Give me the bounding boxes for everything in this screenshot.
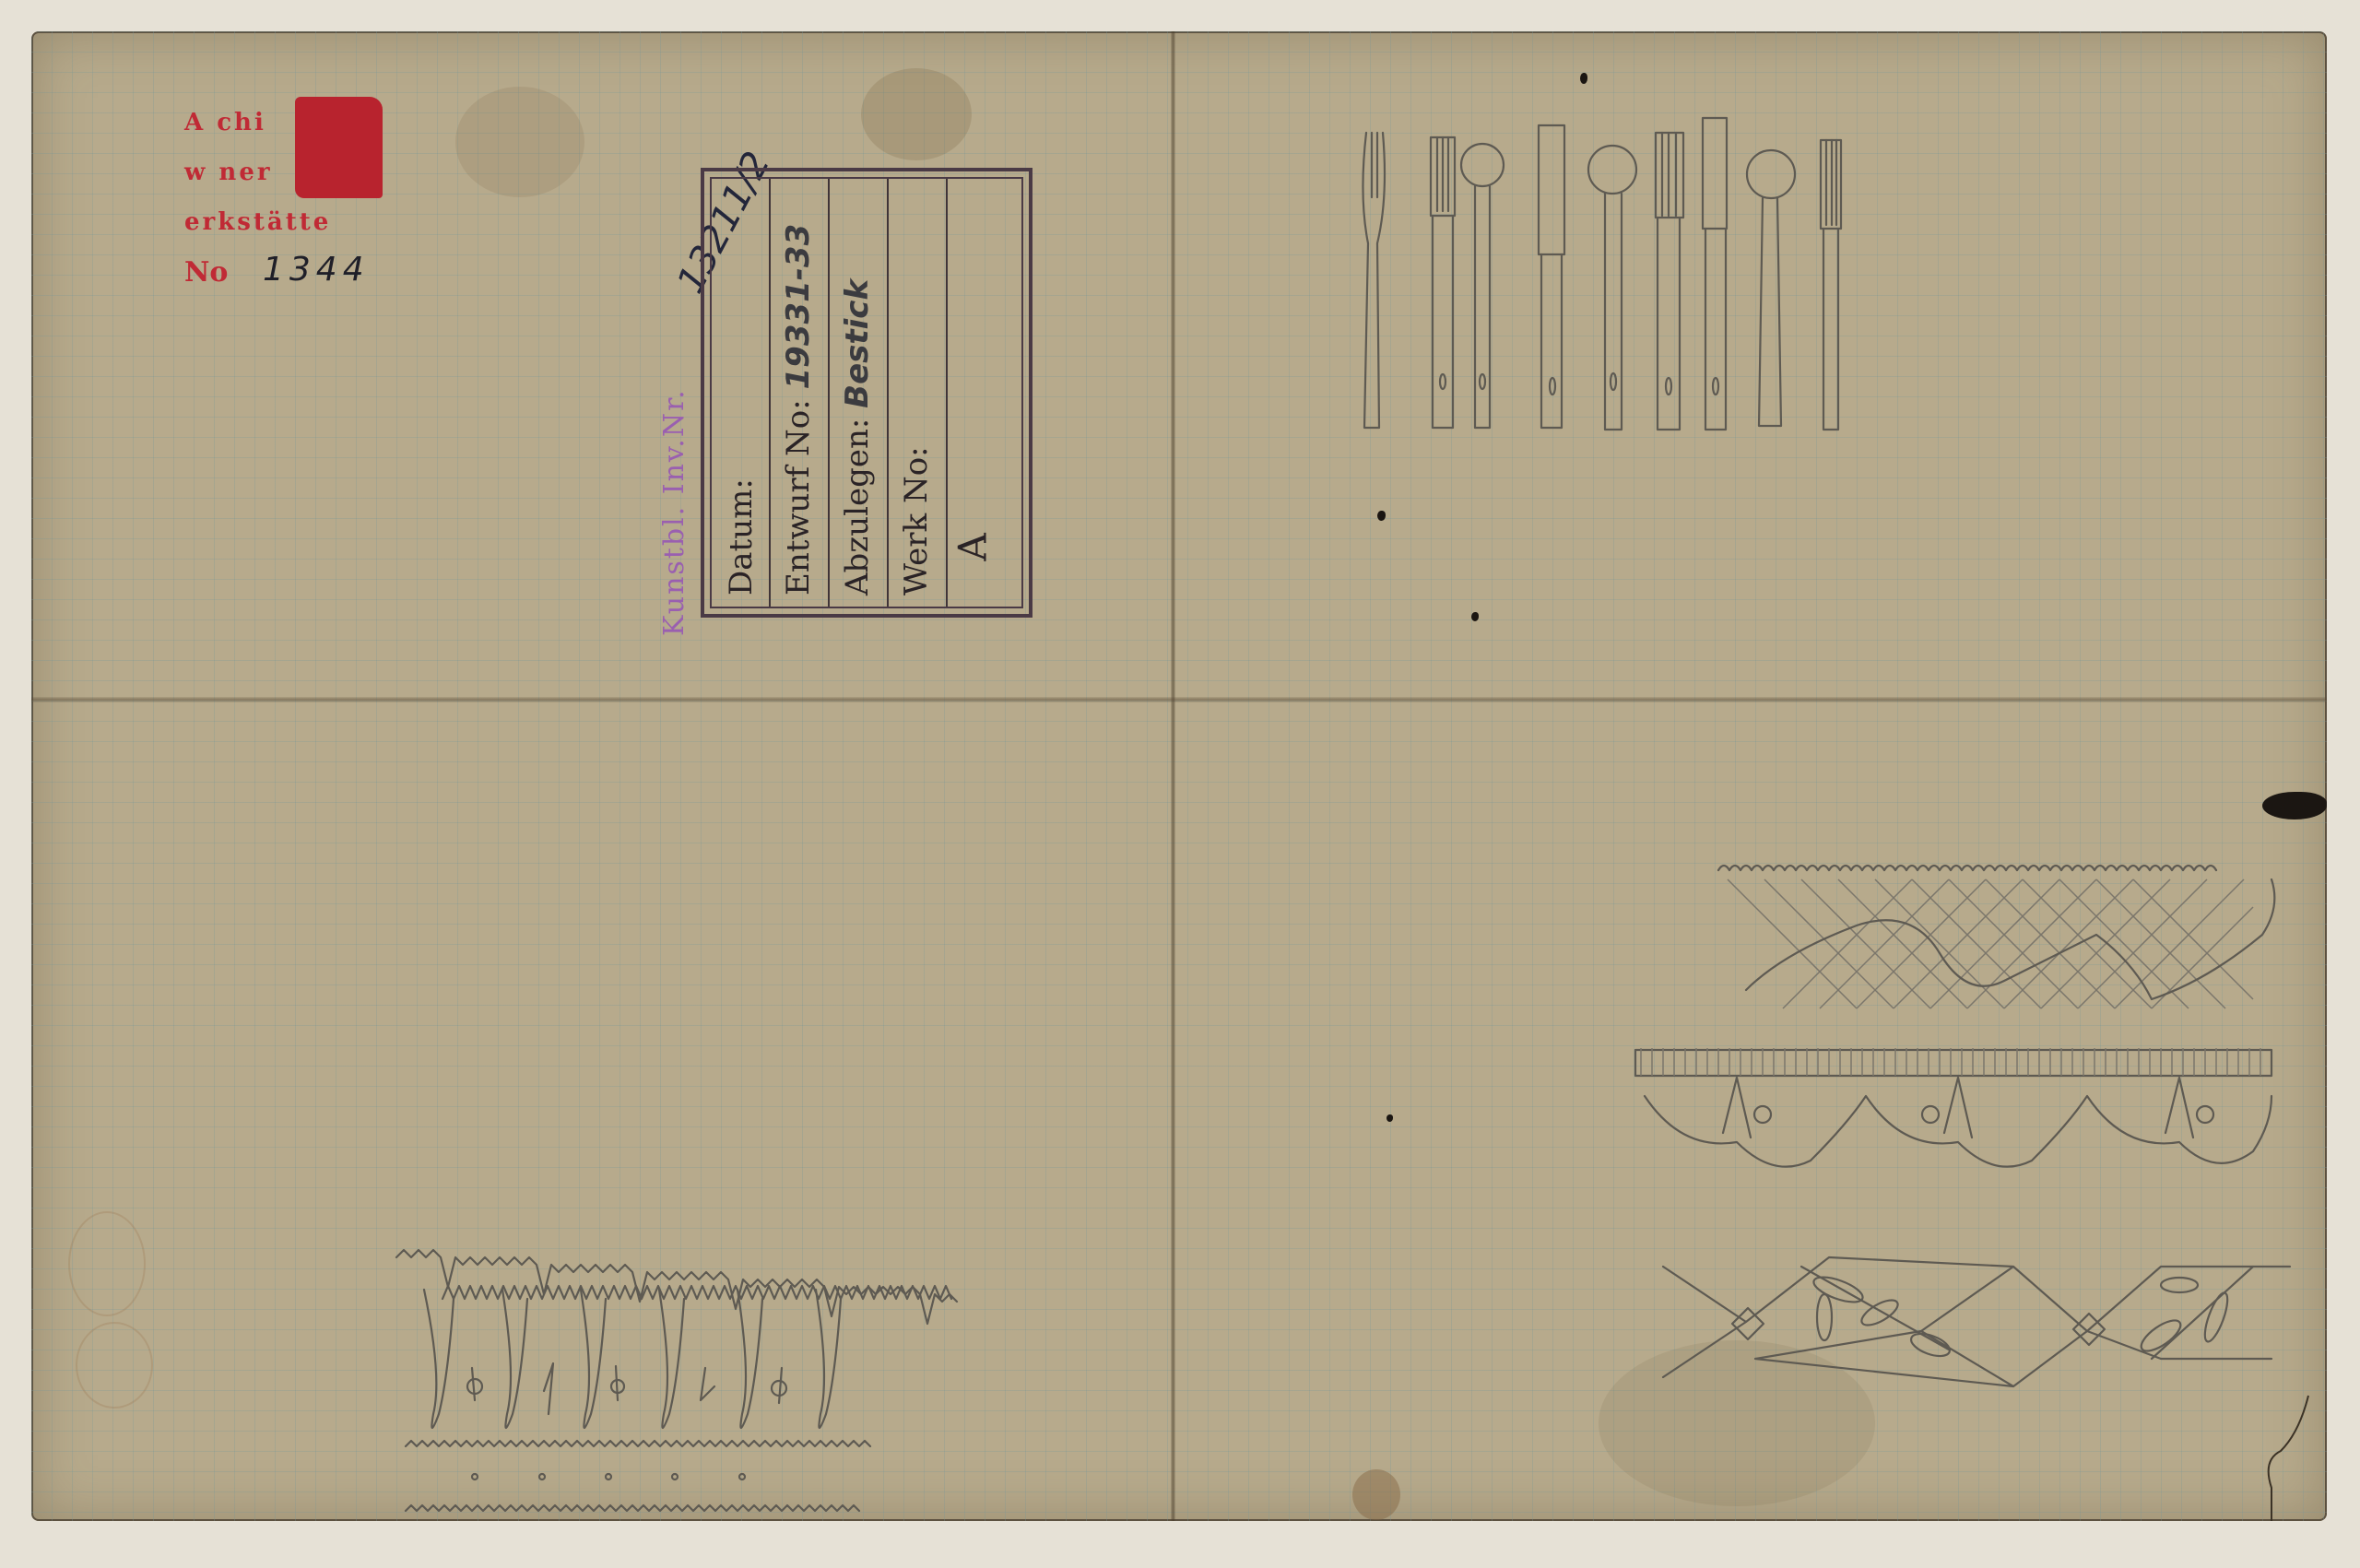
diamond-leaf-border-sketch: [1645, 1230, 2271, 1368]
ink-blot: [1386, 1114, 1393, 1122]
ink-blot: [2262, 792, 2327, 819]
entwurf-label: Entwurf No:: [780, 399, 817, 595]
archive-number: 1344: [263, 251, 370, 289]
spoon-icon: [1588, 146, 1636, 430]
vertical-fold: [1171, 31, 1175, 1521]
horizontal-fold: [31, 697, 2327, 702]
fork-icon: [1656, 133, 1683, 430]
fork-icon: [1363, 133, 1385, 428]
red-ink-block: [295, 97, 383, 198]
zigzag-pendant-border-sketch: [387, 1230, 1051, 1521]
knife-icon: [1539, 125, 1564, 428]
inventory-label: Kunstbl. Inv.Nr.: [658, 388, 690, 636]
stain: [76, 1322, 153, 1409]
paper-crack: [2225, 1396, 2327, 1521]
ink-blot: [1471, 612, 1479, 621]
archive-stamp: A chi w ner erkstätte No 1344: [166, 92, 406, 295]
design-stamp: Datum: Entwurf No: 19331-33 Abzulegen: B…: [701, 168, 1032, 618]
stain: [861, 68, 972, 160]
lace-border-sketch: [1691, 843, 2299, 1027]
stamp-row-datum: Datum:: [712, 179, 771, 607]
stamp-footer: A: [950, 533, 996, 560]
werk-label: Werk No:: [898, 446, 935, 595]
stain: [1352, 1469, 1400, 1520]
entwurf-value: 19331-33: [780, 224, 817, 390]
leaf-icon: [2137, 1267, 2253, 1359]
knife-icon: [1703, 118, 1727, 430]
stamp-row-abzulegen: Abzulegen: Bestick: [828, 179, 889, 607]
archive-stamp-line2: w ner: [184, 159, 273, 186]
stamp-row-werk: Werk No:: [887, 179, 948, 607]
abzulegen-label: Abzulegen:: [839, 419, 876, 595]
document-sheet: A chi w ner erkstätte No 1344 Kunstbl. I…: [31, 31, 2327, 1521]
abzulegen-value: Bestick: [839, 279, 876, 408]
dot-row: [472, 1474, 745, 1480]
archive-stamp-line1: A chi: [184, 109, 266, 136]
cutlery-sketches: [1331, 68, 2216, 455]
stamp-row-entwurf: Entwurf No: 19331-33: [769, 179, 830, 607]
datum-label: Datum:: [723, 478, 760, 595]
spoon-icon: [1747, 150, 1795, 426]
fork-icon: [1821, 140, 1841, 430]
archive-stamp-line3: erkstätte: [184, 208, 331, 236]
stain: [68, 1211, 146, 1316]
stain: [455, 87, 584, 197]
ink-blot: [1377, 511, 1386, 521]
fork-icon: [1431, 137, 1455, 428]
spoon-icon: [1461, 144, 1504, 428]
fringe-garland-sketch: [1626, 1041, 2290, 1197]
archive-no-label: No: [184, 256, 228, 289]
